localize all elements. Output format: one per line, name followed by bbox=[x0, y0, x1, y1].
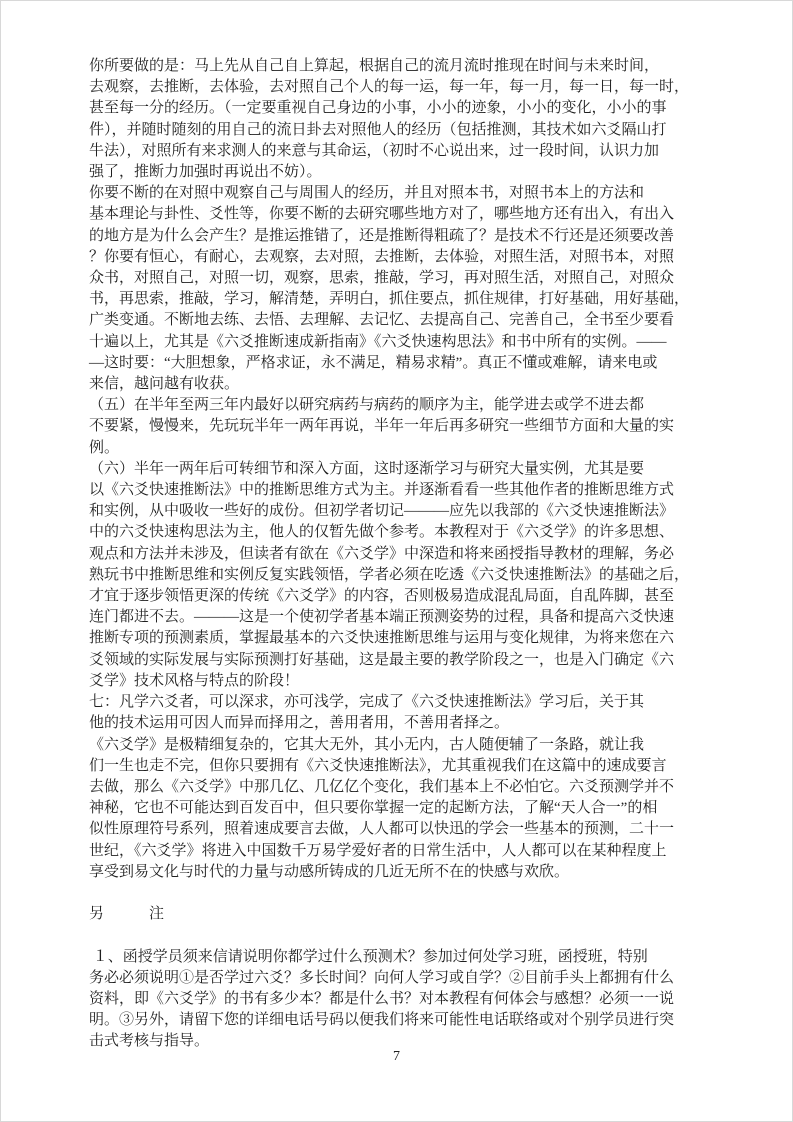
text-line: —这时要：“大胆想象，严格求证，永不满足，精易求精”。真正不懂或难解，请来电或 bbox=[89, 353, 707, 374]
text-line: 另 注 bbox=[89, 904, 707, 925]
text-line: 牛法），对照所有来求测人的来意与其命运，（初时不心说出来，过一段时间，认识力加 bbox=[89, 141, 707, 162]
text-line: 们一生也走不完，但你只要拥有《六爻快速推断法》，尤其重视我们在这篇中的速成要言 bbox=[89, 756, 707, 777]
text-line: 《六爻学》是极精细复杂的，它其大无外，其小无内，古人随便辅了一条路，就让我 bbox=[89, 735, 707, 756]
text-line: 例。 bbox=[89, 438, 707, 459]
text-line: 甚至每一分的经历。（一定要重视自己身边的小事，小小的迹象，小小的变化，小小的事 bbox=[89, 98, 707, 119]
text-line: 观点和方法并未涉及，但读者有欲在《六爻学》中深造和将来函授指导教材的理解，务必 bbox=[89, 544, 707, 565]
text-line: 去观察，去推断，去体验，去对照自己个人的每一运，每一年，每一月，每一日，每一时， bbox=[89, 77, 707, 98]
text-line: 来信，越问越有收获。 bbox=[89, 374, 707, 395]
text-line: 不要紧，慢慢来，先玩玩半年一两年再说，半年一年后再多研究一些细节方面和大量的实 bbox=[89, 416, 707, 437]
text-line: 的地方是为什么会产生？是推运推错了，还是推断得粗疏了？是技术不行还是还须要改善 bbox=[89, 226, 707, 247]
text-line: 你所要做的是：马上先从自己自上算起，根据自己的流月流时推现在时间与未来时间， bbox=[89, 56, 707, 77]
text-line bbox=[89, 925, 707, 946]
text-line: 中的六爻快速构思法为主，他人的仅暂先做个参考。本教程对于《六爻学》的许多思想、 bbox=[89, 522, 707, 543]
text-line: 资料，即《六爻学》的书有多少本？都是什么书？对本教程有何体会与感想？必须一一说 bbox=[89, 989, 707, 1010]
text-line: 连门都进不去。———这是一个使初学者基本端正预测姿势的过程，具备和提高六爻快速 bbox=[89, 607, 707, 628]
text-line: 和实例，从中吸收一些好的成份。但初学者切记———应先以我部的《六爻快速推断法》 bbox=[89, 501, 707, 522]
text-line: 明。③另外，请留下您的详细电话号码以便我们将来可能性电话联络或对个别学员进行突 bbox=[89, 1010, 707, 1031]
text-line: 众书，对照自己，对照一切，观察，思索，推敲，学习，再对照生活，对照自己，对照众 bbox=[89, 268, 707, 289]
text-line: （六）半年一两年后可转细节和深入方面，这时逐渐学习与研究大量实例，尤其是要 bbox=[89, 459, 707, 480]
text-line: 强了，推断力加强时再说出不妨）。 bbox=[89, 162, 707, 183]
text-line: 享受到易文化与时代的力量与动感所铸成的几近无所不在的快感与欢欣。 bbox=[89, 862, 707, 883]
text-line: 神秘，它也不可能达到百发百中，但只要你掌握一定的起断方法，了解“天人合一”的相 bbox=[89, 798, 707, 819]
text-line: ？你要有恒心，有耐心，去观察，去对照，去推断，去体验，对照生活，对照书本，对照 bbox=[89, 247, 707, 268]
text-line: 爻学》技术风格与特点的阶段！ bbox=[89, 671, 707, 692]
document-text: 你所要做的是：马上先从自己自上算起，根据自己的流月流时推现在时间与未来时间，去观… bbox=[89, 56, 707, 1053]
text-line: 爻领域的实际发展与实际预测打好基础，这是最主要的教学阶段之一，也是入门确定《六 bbox=[89, 650, 707, 671]
text-line: 以《六爻快速推断法》中的推断思维方式为主。并逐渐看看一些其他作者的推断思维方式 bbox=[89, 480, 707, 501]
text-line: １、函授学员须来信请说明你都学过什么预测术？参加过何处学习班，函授班，特别 bbox=[89, 947, 707, 968]
text-line: 熟玩书中推断思维和实例反复实践领悟，学者必须在吃透《六爻快速推断法》的基础之后， bbox=[89, 565, 707, 586]
text-line: 似性原理符号系列，照着速成要言去做，人人都可以快迅的学会一些基本的预测，二十一 bbox=[89, 819, 707, 840]
text-line: 七：凡学六爻者，可以深求，亦可浅学，完成了《六爻快速推断法》学习后，关于其 bbox=[89, 692, 707, 713]
text-line: 务必必须说明①是否学过六爻？多长时间？向何人学习或自学？②目前手头上都拥有什么 bbox=[89, 968, 707, 989]
text-line bbox=[89, 883, 707, 904]
text-line: 去做，那么《六爻学》中那几亿、几亿亿个变化，我们基本上不必怕它。六爻预测学并不 bbox=[89, 777, 707, 798]
page-number: 7 bbox=[0, 1048, 793, 1066]
document-page: 你所要做的是：马上先从自己自上算起，根据自己的流月流时推现在时间与未来时间，去观… bbox=[0, 0, 793, 1122]
text-line: 才宜于逐步领悟更深的传统《六爻学》的内容，否则极易造成混乱局面，自乱阵脚，甚至 bbox=[89, 586, 707, 607]
text-line: 广类变通。不断地去练、去悟、去理解、去记忆、去提高自己、完善自己，全书至少要看 bbox=[89, 310, 707, 331]
text-line: 世纪，《六爻学》将进入中国数千万易学爱好者的日常生活中，人人都可以在某种程度上 bbox=[89, 841, 707, 862]
text-line: 书，再思索，推敲，学习，解清楚，弄明白，抓住要点，抓住规律，打好基础，用好基础， bbox=[89, 289, 707, 310]
text-line: 你要不断的在对照中观察自己与周围人的经历，并且对照本书，对照书本上的方法和 bbox=[89, 183, 707, 204]
text-line: 十遍以上，尤其是《六爻推断速成新指南》《六爻快速构思法》和书中所有的实例。—— bbox=[89, 332, 707, 353]
text-line: 他的技术运用可因人而异而择用之，善用者用，不善用者择之。 bbox=[89, 713, 707, 734]
text-line: 推断专项的预测素质，掌握最基本的六爻快速推断思维与运用与变化规律，为将来您在六 bbox=[89, 628, 707, 649]
text-line: （五）在半年至两三年内最好以研究病药与病药的顺序为主，能学进去或学不进去都 bbox=[89, 395, 707, 416]
text-line: 基本理论与卦性、爻性等，你要不断的去研究哪些地方对了，哪些地方还有出入，有出入 bbox=[89, 204, 707, 225]
text-line: 件），并随时随刻的用自己的流日卦去对照他人的经历（包括推测，其技术如六爻隔山打 bbox=[89, 120, 707, 141]
